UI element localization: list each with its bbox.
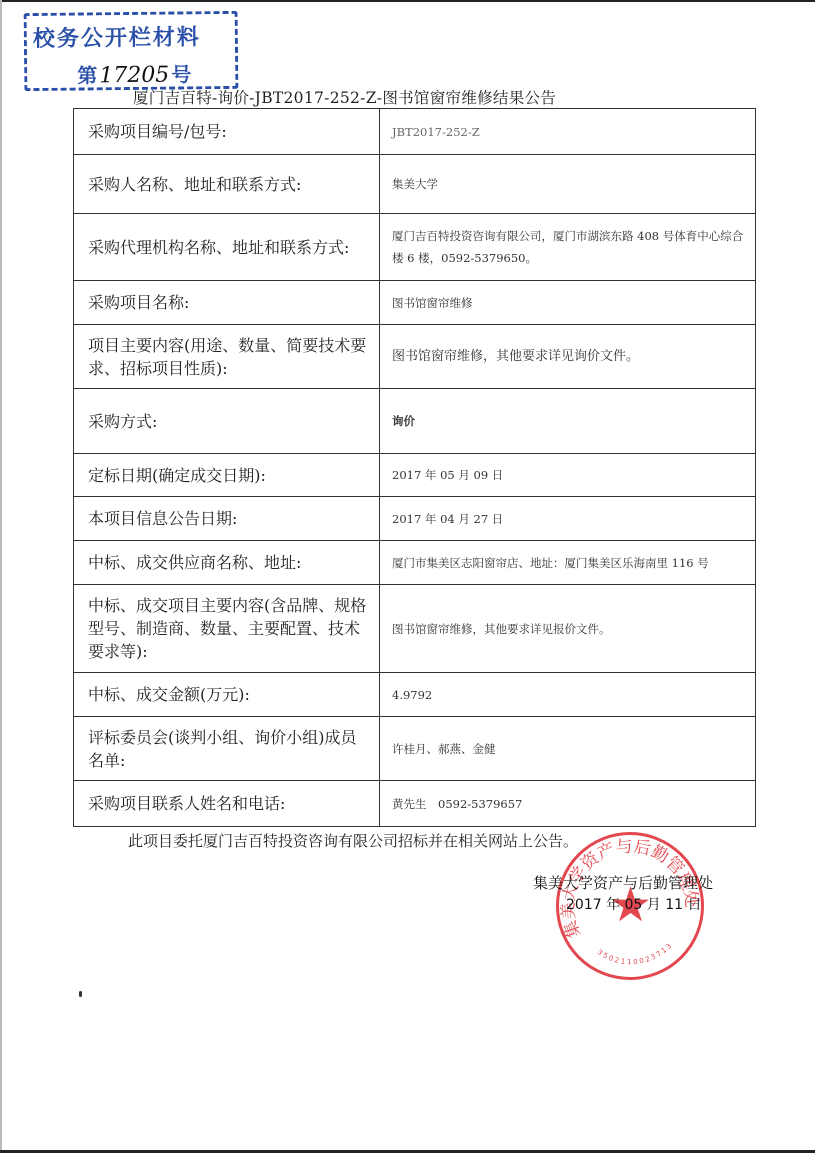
page-left-edge — [0, 0, 2, 1153]
page-top-edge — [0, 0, 815, 2]
table-row: 采购方式: 询价 — [74, 389, 756, 454]
row-label-project-name: 采购项目名称: — [74, 281, 380, 325]
table-row: 采购人名称、地址和联系方式: 集美大学 — [74, 155, 756, 214]
row-label-agency: 采购代理机构名称、地址和联系方式: — [74, 214, 380, 281]
row-label-procurement-method: 采购方式: — [74, 389, 380, 454]
table-row: 采购代理机构名称、地址和联系方式: 厦门吉百特投资咨询有限公司，厦门市湖滨东路 … — [74, 214, 756, 281]
row-value-agency: 厦门吉百特投资咨询有限公司，厦门市湖滨东路 408 号体育中心综合楼 6 楼，0… — [380, 214, 756, 281]
row-value-announcement-date: 2017 年 04 月 27 日 — [380, 497, 756, 541]
row-value-award-date: 2017 年 05 月 09 日 — [380, 454, 756, 497]
public-notice-stamp: 校务公开栏材料 第17205号 — [24, 11, 239, 91]
row-label-announcement-date: 本项目信息公告日期: — [74, 497, 380, 541]
row-value-award-content: 图书馆窗帘维修，其他要求详见报价文件。 — [380, 585, 756, 673]
row-label-award-content: 中标、成交项目主要内容(含品牌、规格型号、制造商、数量、主要配置、技术要求等): — [74, 585, 380, 673]
row-value-committee: 许桂月、郝燕、金健 — [380, 717, 756, 781]
row-label-award-date: 定标日期(确定成交日期): — [74, 454, 380, 497]
seal-code-text: 3502110023713 — [596, 941, 675, 967]
table-row: 定标日期(确定成交日期): 2017 年 05 月 09 日 — [74, 454, 756, 497]
table-row: 中标、成交供应商名称、地址: 厦门市集美区志阳窗帘店、地址：厦门集美区乐海南里 … — [74, 541, 756, 585]
row-label-main-content: 项目主要内容(用途、数量、简要技术要求、招标项目性质): — [74, 325, 380, 389]
stamp-number: 第17205号 — [77, 58, 191, 88]
row-value-contact: 黄先生 0592-5379657 — [380, 781, 756, 827]
row-label-award-amount: 中标、成交金额(万元): — [74, 673, 380, 717]
row-value-procurement-method: 询价 — [380, 389, 756, 454]
table-row: 中标、成交项目主要内容(含品牌、规格型号、制造商、数量、主要配置、技术要求等):… — [74, 585, 756, 673]
table-row: 采购项目名称: 图书馆窗帘维修 — [74, 281, 756, 325]
stamp-title: 校务公开栏材料 — [33, 20, 201, 53]
row-label-supplier: 中标、成交供应商名称、地址: — [74, 541, 380, 585]
scan-speck — [79, 991, 82, 997]
row-label-purchaser: 采购人名称、地址和联系方式: — [74, 155, 380, 214]
announcement-table: 采购项目编号/包号: JBT2017-252-Z 采购人名称、地址和联系方式: … — [73, 108, 756, 827]
stamp-number-suffix: 号 — [171, 62, 191, 86]
table-row: 中标、成交金额(万元): 4.9792 — [74, 673, 756, 717]
signing-date: 2017 年 05 月 11 日 — [566, 894, 702, 914]
table-row: 本项目信息公告日期: 2017 年 04 月 27 日 — [74, 497, 756, 541]
stamp-number-handwritten: 17205 — [99, 63, 169, 89]
row-value-project-name: 图书馆窗帘维修 — [380, 281, 756, 325]
row-value-project-number: JBT2017-252-Z — [380, 109, 756, 155]
signing-organization: 集美大学资产与后勤管理处 — [533, 872, 713, 893]
stamp-number-prefix: 第 — [77, 63, 97, 87]
row-value-award-amount: 4.9792 — [380, 673, 756, 717]
row-label-contact: 采购项目联系人姓名和电话: — [74, 781, 380, 827]
table-row: 评标委员会(谈判小组、询价小组)成员名单: 许桂月、郝燕、金健 — [74, 717, 756, 781]
row-label-committee: 评标委员会(谈判小组、询价小组)成员名单: — [74, 717, 380, 781]
document-title: 厦门吉百特-询价-JBT2017-252-Z-图书馆窗帘维修结果公告 — [133, 86, 556, 108]
table-row: 采购项目联系人姓名和电话: 黄先生 0592-5379657 — [74, 781, 756, 827]
row-value-supplier: 厦门市集美区志阳窗帘店、地址：厦门集美区乐海南里 116 号 — [380, 541, 756, 585]
row-value-purchaser: 集美大学 — [380, 155, 756, 214]
svg-text:3502110023713: 3502110023713 — [596, 941, 675, 967]
footer-note: 此项目委托厦门吉百特投资咨询有限公司招标并在相关网站上公告。 — [128, 830, 578, 851]
table-row: 项目主要内容(用途、数量、简要技术要求、招标项目性质): 图书馆窗帘维修，其他要… — [74, 325, 756, 389]
table-row: 采购项目编号/包号: JBT2017-252-Z — [74, 109, 756, 155]
row-label-project-number: 采购项目编号/包号: — [74, 109, 380, 155]
row-value-main-content: 图书馆窗帘维修，其他要求详见询价文件。 — [380, 325, 756, 389]
